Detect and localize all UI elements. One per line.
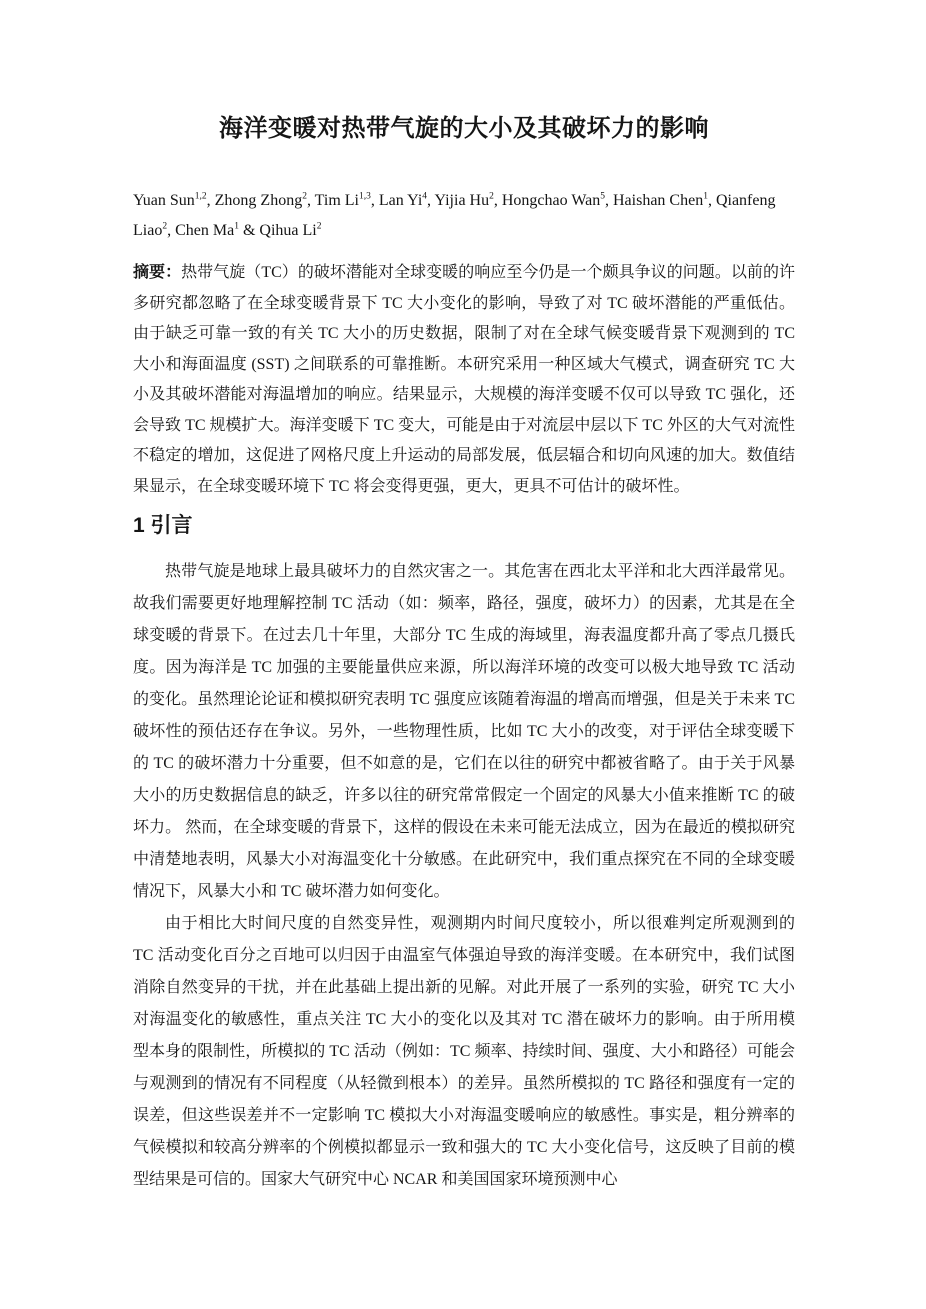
author-name: Tim Li (315, 192, 359, 209)
author-name: Qihua Li (259, 222, 316, 239)
document-page: 海洋变暖对热带气旋的大小及其破坏力的影响 Yuan Sun1,2, Zhong … (0, 0, 926, 1309)
author-affiliation-superscript: 1,3 (359, 192, 371, 202)
author-affiliation-superscript: 4 (422, 192, 427, 202)
author-affiliation-superscript: 2 (162, 222, 167, 232)
author-affiliation-superscript: 2 (489, 192, 494, 202)
author-name: Chen Ma (175, 222, 234, 239)
abstract-label: 摘要： (133, 264, 181, 281)
author-name: Yijia Hu (434, 192, 489, 209)
intro-paragraph-2: 由于相比大时间尺度的自然变异性，观测期内时间尺度较小，所以很难判定所观测到的 T… (133, 908, 795, 1196)
author-affiliation-superscript: 2 (317, 222, 322, 232)
paper-title: 海洋变暖对热带气旋的大小及其破坏力的影响 (133, 0, 795, 146)
author-list: Yuan Sun1,2, Zhong Zhong2, Tim Li1,3, La… (133, 186, 795, 246)
author-affiliation-superscript: 2 (302, 192, 307, 202)
author-name: Haishan Chen (613, 192, 703, 209)
author-name: Hongchao Wan (502, 192, 600, 209)
author-affiliation-superscript: 1,2 (195, 192, 207, 202)
author-name: Lan Yi (379, 192, 422, 209)
author-name: Zhong Zhong (215, 192, 303, 209)
intro-paragraph-1: 热带气旋是地球上最具破坏力的自然灾害之一。其危害在西北太平洋和北大西洋最常见。故… (133, 556, 795, 908)
author-affiliation-superscript: 1 (234, 222, 239, 232)
page-content: 海洋变暖对热带气旋的大小及其破坏力的影响 Yuan Sun1,2, Zhong … (133, 0, 795, 1196)
abstract-text: 热带气旋（TC）的破坏潜能对全球变暖的响应至今仍是一个颇具争议的问题。以前的许多… (133, 264, 795, 495)
abstract: 摘要：热带气旋（TC）的破坏潜能对全球变暖的响应至今仍是一个颇具争议的问题。以前… (133, 258, 795, 502)
section-1-heading: 1 引言 (133, 510, 795, 542)
author-affiliation-superscript: 1 (703, 192, 708, 202)
author-affiliation-superscript: 5 (600, 192, 605, 202)
author-name: Yuan Sun (133, 192, 195, 209)
